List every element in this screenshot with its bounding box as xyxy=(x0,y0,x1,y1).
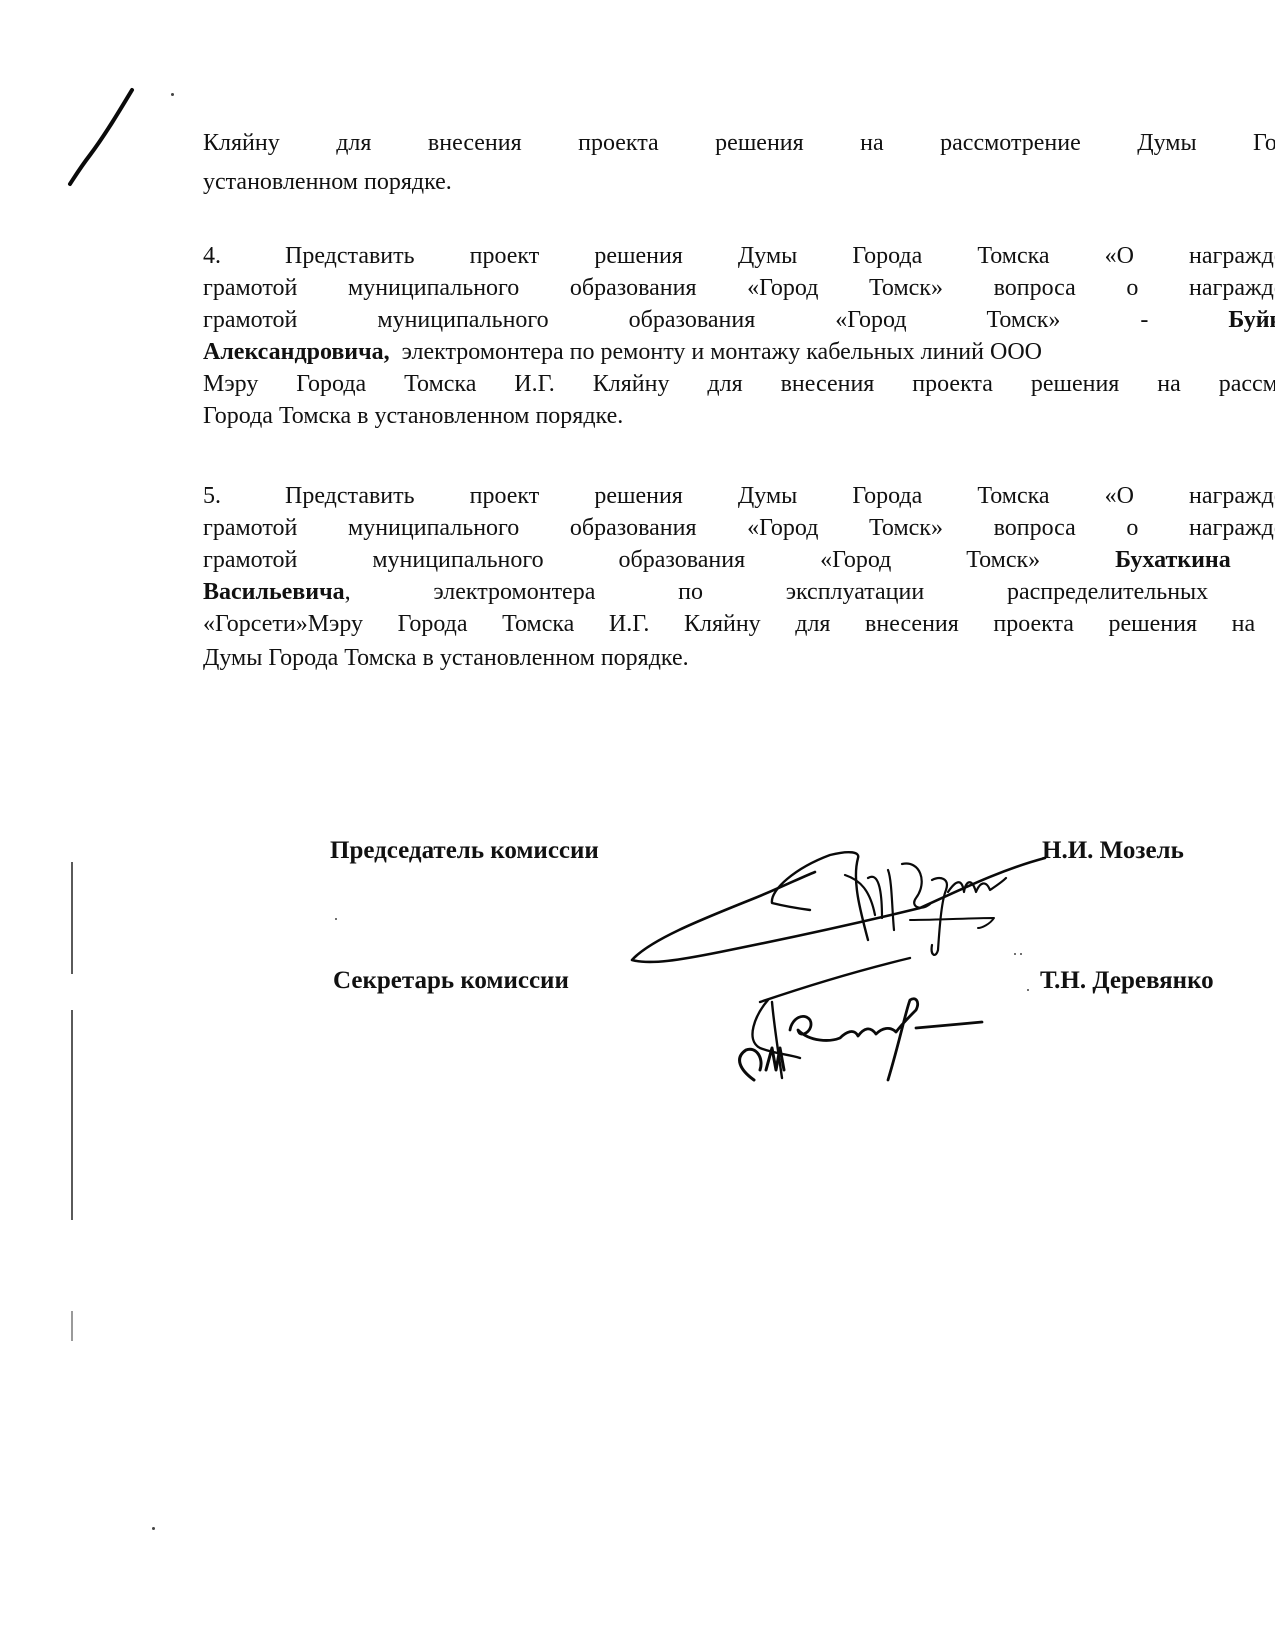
item-5-line-2: грамотой муниципального образования «Гор… xyxy=(203,513,1275,543)
item-5-line-3: грамотой муниципального образования «Гор… xyxy=(203,545,1275,575)
pen-slash-mark xyxy=(60,80,150,190)
margin-scan-line xyxy=(71,1010,73,1220)
chairman-name: Н.И. Мозель xyxy=(1042,836,1184,866)
item-5-line-1: 5.Представить проект решения Думы Города… xyxy=(203,481,1275,511)
continuation-line-1: Кляйну для внесения проекта решения на р… xyxy=(203,128,1275,158)
item-4-line-2: грамотой муниципального образования «Гор… xyxy=(203,273,1275,303)
awardee-patronymic: Васильевича xyxy=(203,579,345,605)
awardee-surname: Буйкина xyxy=(1228,307,1275,333)
continuation-line-2: установленном порядке. xyxy=(203,167,452,197)
margin-scan-line xyxy=(71,1311,73,1341)
scan-speck xyxy=(335,918,337,920)
chairman-role-label: Председатель комиссии xyxy=(330,836,599,866)
item-4-line-3: грамотой муниципального образования «Гор… xyxy=(203,305,1275,335)
item-4-line-5: Мэру Города Томска И.Г. Кляйну для внесе… xyxy=(203,369,1275,399)
item-number: 5. xyxy=(203,481,285,511)
secretary-name: Т.Н. Деревянко xyxy=(1040,966,1214,996)
item-4-line-6: Города Томска в установленном порядке. xyxy=(203,401,623,431)
secretary-signature xyxy=(720,930,1040,1080)
scan-speck xyxy=(1014,953,1016,955)
scan-speck xyxy=(1020,953,1022,955)
item-number: 4. xyxy=(203,241,285,271)
scan-speck xyxy=(152,1527,155,1530)
scan-speck xyxy=(1027,989,1029,991)
scan-speck xyxy=(171,93,174,96)
margin-scan-line xyxy=(71,862,73,974)
item-5-line-6: Думы Города Томска в установленном поряд… xyxy=(203,643,689,673)
item-4-line-4: Александровича, электромонтера по ремонт… xyxy=(203,337,1042,367)
item-5-line-5: «Горсети»Мэру Города Томска И.Г. Кляйну … xyxy=(203,609,1275,639)
awardee-patronymic: Александровича, xyxy=(203,339,390,365)
item-4-line-1: 4.Представить проект решения Думы Города… xyxy=(203,241,1275,271)
scanned-document-page: Кляйну для внесения проекта решения на р… xyxy=(0,0,1275,1650)
item-5-line-4: Васильевича, электромонтера по эксплуата… xyxy=(203,577,1275,607)
secretary-role-label: Секретарь комиссии xyxy=(333,966,569,996)
awardee-surname: Бухаткина А xyxy=(1115,547,1275,573)
